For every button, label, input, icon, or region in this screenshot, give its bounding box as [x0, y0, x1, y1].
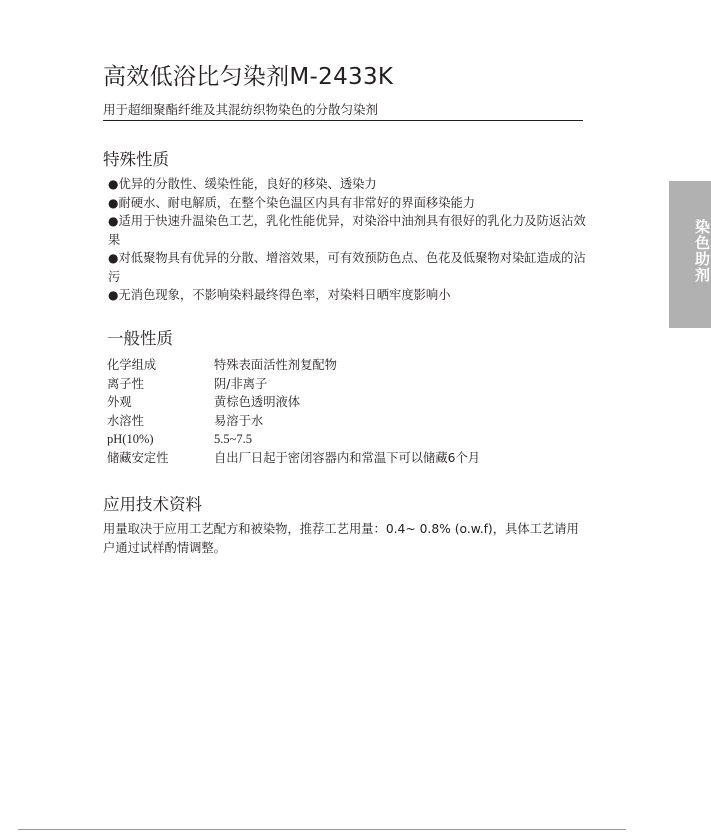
table-row: 外观 黄棕色透明液体	[107, 393, 480, 412]
property-label: 离子性	[107, 375, 214, 394]
table-row: 离子性 阴/非离子	[107, 375, 480, 394]
property-value: 特殊表面活性剂复配物	[214, 356, 480, 375]
property-label: pH(10%)	[107, 430, 214, 449]
list-item: ●对低聚物具有优异的分散、增溶效果，可有效预防色点、色花及低聚物对染缸造成的沾污	[108, 249, 588, 286]
page-subtitle: 用于超细聚酯纤维及其混纺织物染色的分散匀染剂	[103, 102, 378, 118]
bullet-icon: ●	[108, 251, 118, 265]
application-text: 用量取决于应用工艺配方和被染物，推荐工艺用量：0.4~ 0.8% (o.w.f)…	[103, 520, 588, 557]
property-value: 5.5~7.5	[214, 430, 480, 449]
list-item: ●耐硬水、耐电解质，在整个染色温区内具有非常好的界面移染能力	[108, 194, 588, 213]
list-item: ●适用于快速升温染色工艺，乳化性能优异，对染浴中油剂具有很好的乳化力及防返沾效果	[108, 212, 588, 249]
bullet-icon: ●	[108, 214, 118, 228]
bullet-icon: ●	[108, 177, 118, 191]
table-row: 水溶性 易溶于水	[107, 412, 480, 431]
list-item: ●无消色现象，不影响染料最终得色率，对染料日晒牢度影响小	[108, 286, 588, 305]
special-properties-list: ●优异的分散性、缓染性能，良好的移染、透染力 ●耐硬水、耐电解质，在整个染色温区…	[108, 175, 588, 305]
table-row: 化学组成 特殊表面活性剂复配物	[107, 356, 480, 375]
general-properties-table: 化学组成 特殊表面活性剂复配物 离子性 阴/非离子 外观 黄棕色透明液体 水溶性…	[107, 356, 480, 467]
property-value: 自出厂日起于密闭容器内和常温下可以储藏6个月	[214, 449, 480, 468]
list-item-text: 优异的分散性、缓染性能，良好的移染、透染力	[118, 177, 376, 191]
list-item-text: 无消色现象，不影响染料最终得色率，对染料日晒牢度影响小	[118, 288, 450, 302]
page-title: 高效低浴比匀染剂M-2433K	[103, 62, 393, 92]
section-heading-special-properties: 特殊性质	[103, 149, 169, 171]
list-item: ●优异的分散性、缓染性能，良好的移染、透染力	[108, 175, 588, 194]
bullet-icon: ●	[108, 196, 118, 210]
property-label: 水溶性	[107, 412, 214, 431]
table-row: pH(10%) 5.5~7.5	[107, 430, 480, 449]
side-tab-label: 染色助剂	[669, 219, 711, 283]
section-heading-general-properties: 一般性质	[107, 328, 173, 350]
list-item-text: 耐硬水、耐电解质，在整个染色温区内具有非常好的界面移染能力	[118, 196, 475, 210]
property-value: 易溶于水	[214, 412, 480, 431]
property-label: 外观	[107, 393, 214, 412]
list-item-text: 适用于快速升温染色工艺，乳化性能优异，对染浴中油剂具有很好的乳化力及防返沾效果	[108, 214, 586, 247]
property-value: 阴/非离子	[214, 375, 480, 394]
section-heading-application: 应用技术资料	[103, 494, 202, 516]
footer-divider	[18, 829, 626, 830]
table-row: 储藏安定性 自出厂日起于密闭容器内和常温下可以储藏6个月	[107, 449, 480, 468]
property-value: 黄棕色透明液体	[214, 393, 480, 412]
list-item-text: 对低聚物具有优异的分散、增溶效果，可有效预防色点、色花及低聚物对染缸造成的沾污	[108, 251, 586, 284]
title-divider	[103, 120, 583, 121]
property-label: 储藏安定性	[107, 449, 214, 468]
bullet-icon: ●	[108, 288, 118, 302]
side-category-tab: 染色助剂	[669, 181, 711, 328]
property-label: 化学组成	[107, 356, 214, 375]
